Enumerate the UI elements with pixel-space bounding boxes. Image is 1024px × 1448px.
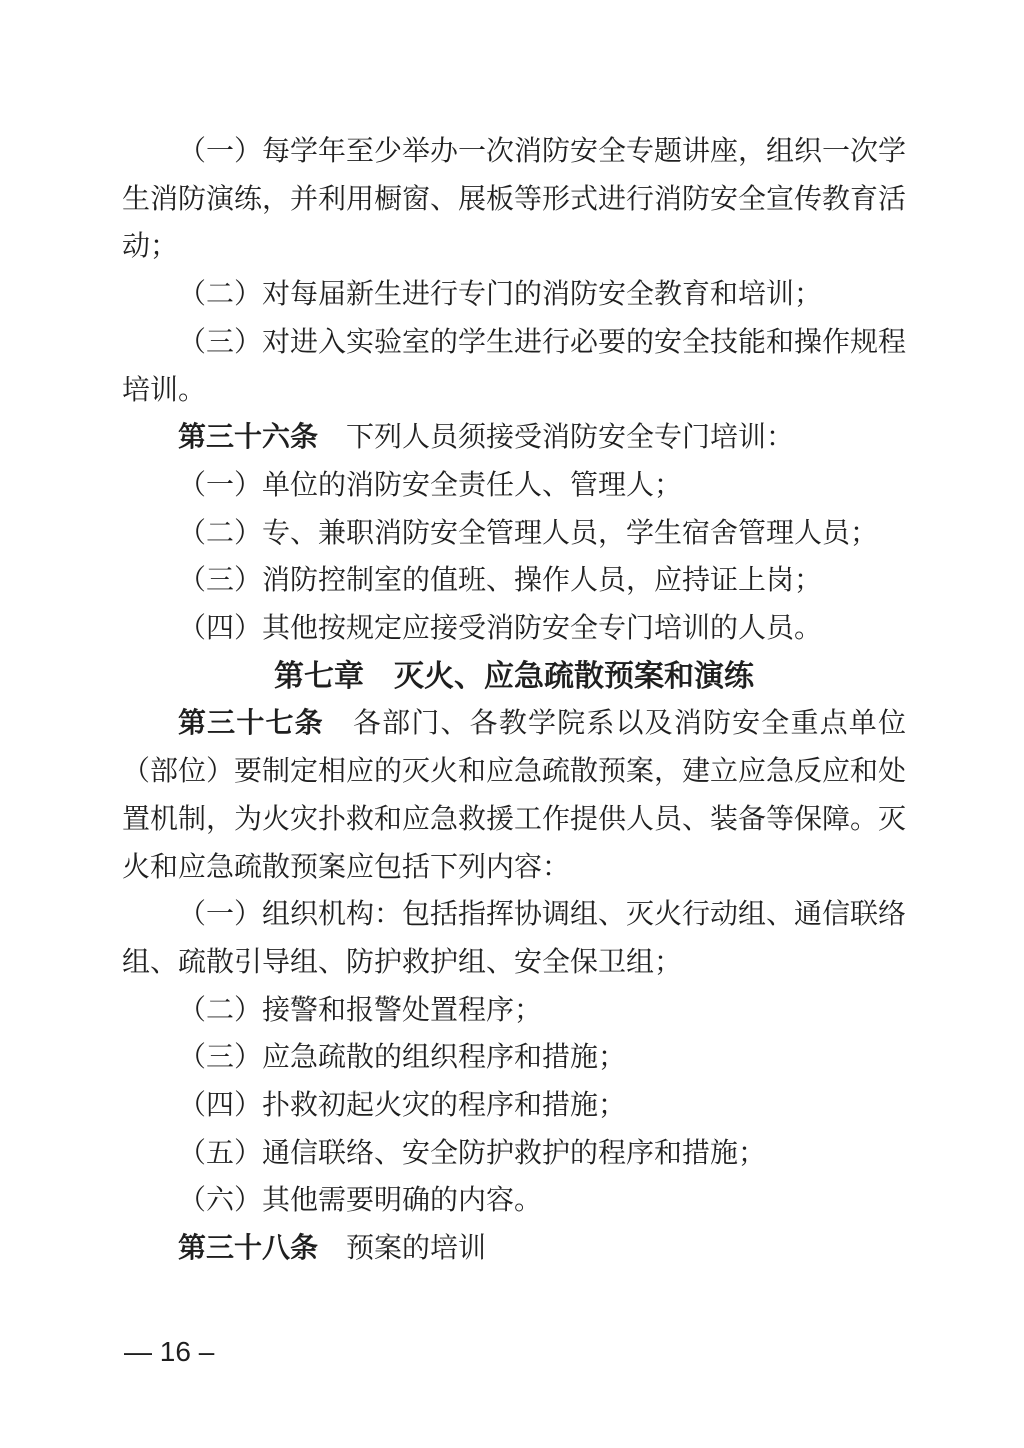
paragraph: 第三十七条 各部门、各教学院系以及消防安全重点单位（部位）要制定相应的灭火和应急… (122, 700, 906, 891)
paragraph: （六）其他需要明确的内容。 (122, 1177, 906, 1225)
paragraph: （二）专、兼职消防安全管理人员，学生宿舍管理人员； (122, 510, 906, 558)
paragraph: 第三十八条 预案的培训 (122, 1225, 906, 1273)
chapter-heading: 第七章 灭火、应急疏散预案和演练 (122, 653, 906, 701)
paragraph-text: （三）应急疏散的组织程序和措施； (178, 1042, 626, 1073)
paragraph: （四）扑救初起火灾的程序和措施； (122, 1082, 906, 1130)
paragraph-text: （四）其他按规定应接受消防安全专门培训的人员。 (178, 613, 822, 644)
paragraph-text: （二）接警和报警处置程序； (178, 995, 542, 1026)
paragraph-text: （二）专、兼职消防安全管理人员，学生宿舍管理人员； (178, 518, 878, 549)
paragraph: （二）对每届新生进行专门的消防安全教育和培训； (122, 271, 906, 319)
document-page: （一）每学年至少举办一次消防安全专题讲座，组织一次学生消防演练，并利用橱窗、展板… (0, 0, 1024, 1448)
paragraph-text: （一）单位的消防安全责任人、管理人； (178, 470, 682, 501)
document-body: （一）每学年至少举办一次消防安全专题讲座，组织一次学生消防演练，并利用橱窗、展板… (122, 128, 906, 1273)
paragraph: （三）对进入实验室的学生进行必要的安全技能和操作规程培训。 (122, 319, 906, 414)
paragraph-text: （四）扑救初起火灾的程序和措施； (178, 1090, 626, 1121)
paragraph: （二）接警和报警处置程序； (122, 987, 906, 1035)
paragraph-text: 下列人员须接受消防安全专门培训： (318, 422, 794, 453)
paragraph: （一）组织机构：包括指挥协调组、灭火行动组、通信联络组、疏散引导组、防护救护组、… (122, 891, 906, 986)
paragraph-text: （一）每学年至少举办一次消防安全专题讲座，组织一次学生消防演练，并利用橱窗、展板… (122, 136, 906, 262)
paragraph: （一）每学年至少举办一次消防安全专题讲座，组织一次学生消防演练，并利用橱窗、展板… (122, 128, 906, 271)
paragraph: （三）应急疏散的组织程序和措施； (122, 1034, 906, 1082)
paragraph-text: （五）通信联络、安全防护救护的程序和措施； (178, 1138, 766, 1169)
paragraph: （一）单位的消防安全责任人、管理人； (122, 462, 906, 510)
paragraph: （五）通信联络、安全防护救护的程序和措施； (122, 1130, 906, 1178)
paragraph-text: （六）其他需要明确的内容。 (178, 1185, 542, 1216)
page-number: — 16 – (124, 1336, 214, 1368)
article-number-term: 第三十六条 (178, 422, 318, 453)
paragraph: 第三十六条 下列人员须接受消防安全专门培训： (122, 414, 906, 462)
article-number-term: 第七章 灭火、应急疏散预案和演练 (274, 660, 754, 693)
paragraph-text: （三）对进入实验室的学生进行必要的安全技能和操作规程培训。 (122, 327, 906, 406)
paragraph-text: （一）组织机构：包括指挥协调组、灭火行动组、通信联络组、疏散引导组、防护救护组、… (122, 899, 906, 978)
paragraph-text: （二）对每届新生进行专门的消防安全教育和培训； (178, 279, 822, 310)
paragraph: （四）其他按规定应接受消防安全专门培训的人员。 (122, 605, 906, 653)
paragraph: （三）消防控制室的值班、操作人员，应持证上岗； (122, 557, 906, 605)
paragraph-text: 预案的培训 (318, 1233, 486, 1264)
paragraph-text: （三）消防控制室的值班、操作人员，应持证上岗； (178, 565, 822, 596)
article-number-term: 第三十七条 (178, 708, 324, 739)
article-number-term: 第三十八条 (178, 1233, 318, 1264)
